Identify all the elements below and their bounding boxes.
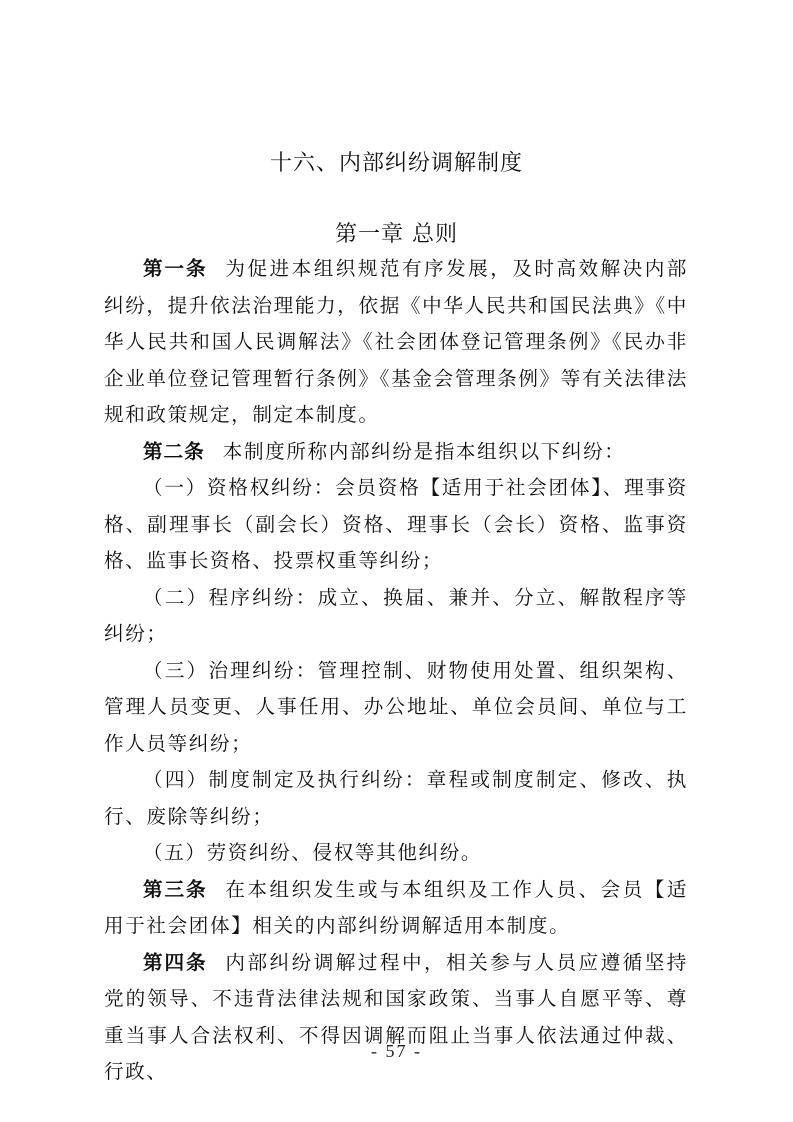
- article-label: 第四条: [143, 951, 207, 974]
- article-1: 第一条为促进本组织规范有序发展，及时高效解决内部纠纷，提升依法治理能力，依据《中…: [104, 251, 688, 434]
- article-text: 为促进本组织规范有序发展，及时高效解决内部纠纷，提升依法治理能力，依据《中华人民…: [104, 257, 688, 426]
- document-title: 十六、内部纠纷调解制度: [0, 146, 793, 177]
- article-2-item-4: （四）制度制定及执行纠纷：章程或制度制定、修改、执行、废除等纠纷；: [104, 762, 688, 835]
- document-body: 第一条为促进本组织规范有序发展，及时高效解决内部纠纷，提升依法治理能力，依据《中…: [104, 251, 688, 1091]
- article-3: 第三条在本组织发生或与本组织及工作人员、会员【适用于社会团体】相关的内部纠纷调解…: [104, 872, 688, 945]
- chapter-heading: 第一章 总则: [0, 217, 793, 248]
- article-2-item-3: （三）治理纠纷：管理控制、财物使用处置、组织架构、管理人员变更、人事任用、办公地…: [104, 653, 688, 763]
- article-2: 第二条本制度所称内部纠纷是指本组织以下纠纷：: [104, 434, 688, 471]
- article-label: 第三条: [143, 878, 207, 901]
- page-number: - 57 -: [0, 1041, 793, 1062]
- article-2-item-2: （二）程序纠纷：成立、换届、兼并、分立、解散程序等纠纷；: [104, 580, 688, 653]
- document-page: 十六、内部纠纷调解制度 第一章 总则 第一条为促进本组织规范有序发展，及时高效解…: [0, 0, 793, 1122]
- article-2-item-5: （五）劳资纠纷、侵权等其他纠纷。: [104, 835, 688, 872]
- article-label: 第一条: [143, 257, 207, 280]
- article-4: 第四条内部纠纷调解过程中，相关参与人员应遵循坚持党的领导、不违背法律法规和国家政…: [104, 945, 688, 1091]
- article-label: 第二条: [143, 440, 205, 463]
- article-text: 本制度所称内部纠纷是指本组织以下纠纷：: [223, 440, 626, 463]
- article-2-item-1: （一）资格权纠纷：会员资格【适用于社会团体】、理事资格、副理事长（副会长）资格、…: [104, 470, 688, 580]
